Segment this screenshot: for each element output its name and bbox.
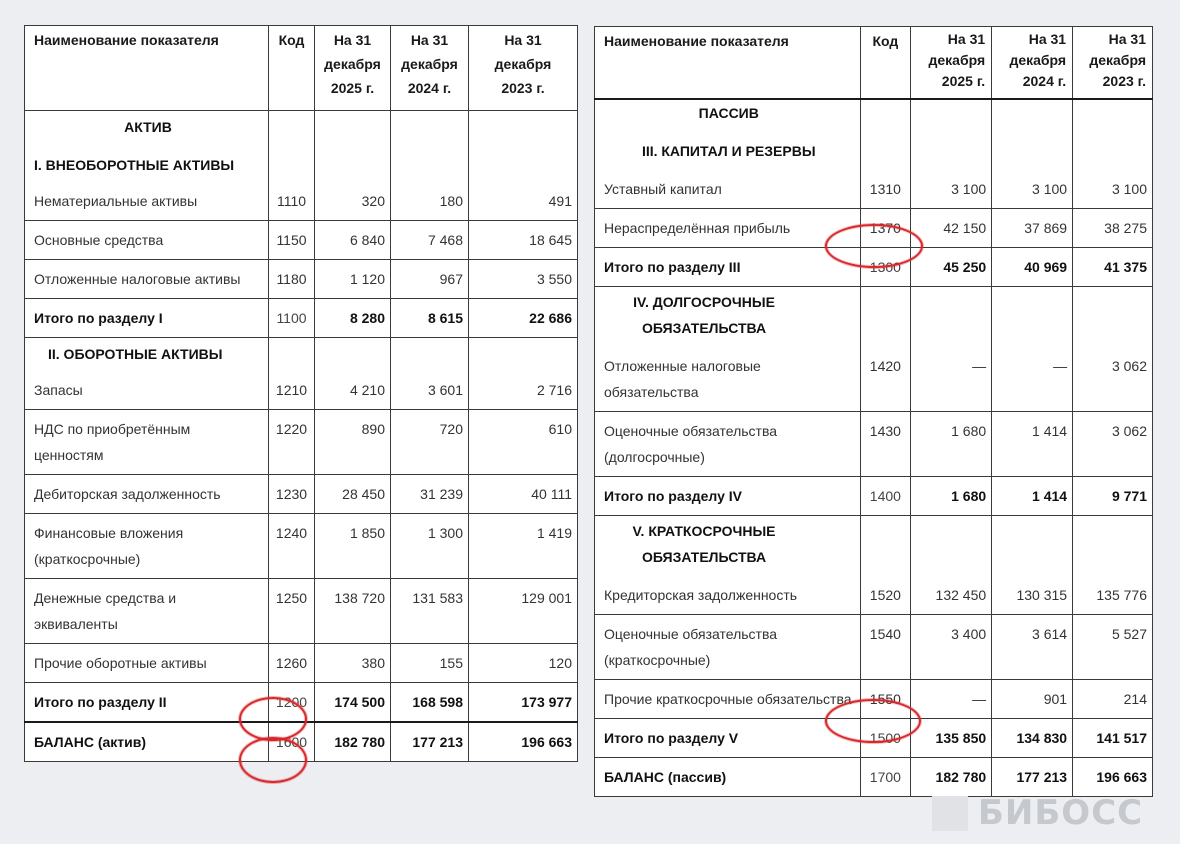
- row-name: Нематериальные активы: [34, 193, 197, 209]
- row-code: 1180: [269, 260, 314, 298]
- balance-row: БАЛАНС (актив) 1600 182 780 177 213 196 …: [25, 722, 578, 762]
- row-value-2023: 5 527: [1073, 615, 1152, 653]
- table-header-row: Наименование показателя Код На 31 декабр…: [595, 27, 1153, 100]
- row-value-2025: 182 780: [911, 758, 991, 796]
- row-value-2023: 196 663: [469, 723, 577, 761]
- row-name: Отложенные налоговые обязательства: [604, 358, 761, 400]
- row-code: 1240: [269, 514, 314, 552]
- header-2025: На 31 декабря 2025 г.: [911, 27, 992, 100]
- row-value-2023: 2 716: [469, 371, 577, 409]
- row-value-2025: 3 400: [911, 615, 991, 653]
- row-value-2024: 130 315: [992, 576, 1072, 614]
- row-name: БАЛАНС (актив): [25, 723, 268, 761]
- row-value-2024: 3 100: [992, 170, 1072, 208]
- row-code: 1210: [269, 371, 314, 409]
- section-total-row: Итого по разделу I 1100 8 280 8 615 22 6…: [25, 299, 578, 338]
- row-code: 1230: [269, 475, 314, 513]
- row-code: 1150: [269, 221, 314, 259]
- table-row: АКТИВ I. ВНЕОБОРОТНЫЕ АКТИВЫ Нематериаль…: [25, 111, 578, 221]
- row-value-2025: 1 680: [911, 477, 991, 515]
- table-row: Дебиторская задолженность 1230 28 450 31…: [25, 475, 578, 514]
- row-value-2023: 41 375: [1073, 248, 1152, 286]
- row-value-2024: 720: [391, 410, 468, 448]
- logo-square-icon: [932, 796, 968, 831]
- row-value-2023: 3 550: [469, 260, 577, 298]
- row-name: Отложенные налоговые активы: [25, 260, 268, 298]
- row-name: Итого по разделу II: [25, 683, 268, 721]
- row-name: Запасы: [34, 382, 83, 398]
- header-name: Наименование показателя: [25, 26, 269, 111]
- header-2023: На 31 декабря 2023 г.: [469, 26, 578, 111]
- row-value-2024: 1 300: [391, 514, 468, 552]
- table-row: II. ОБОРОТНЫЕ АКТИВЫ Запасы 1210 4 210 3…: [25, 338, 578, 410]
- row-value-2024: 177 213: [992, 758, 1072, 796]
- table-row: Прочие оборотные активы 1260 380 155 120: [25, 644, 578, 683]
- row-value-2023: 120: [469, 644, 577, 682]
- row-value-2025: 1 680: [911, 412, 991, 450]
- row-value-2023: 129 001: [469, 579, 577, 617]
- row-code: 1500: [861, 719, 911, 757]
- row-value-2025: 380: [315, 644, 390, 682]
- row-code: 1400: [861, 477, 911, 515]
- row-name: НДС по приобретённым ценностям: [25, 410, 268, 474]
- row-value-2025: 320: [315, 182, 390, 220]
- row-name: Финансовые вложения (краткосрочные): [25, 514, 268, 578]
- row-value-2024: 1 414: [992, 477, 1072, 515]
- row-value-2025: 132 450: [911, 576, 991, 614]
- row-value-2024: 134 830: [992, 719, 1072, 757]
- section-title: IV. ДОЛГОСРОЧНЫЕ ОБЯЗАТЕЛЬСТВА: [604, 289, 804, 341]
- row-code: 1540: [861, 615, 911, 653]
- row-name: Итого по разделу III: [595, 248, 860, 286]
- table-row: Основные средства 1150 6 840 7 468 18 64…: [25, 221, 578, 260]
- table-row: НДС по приобретённым ценностям 1220 890 …: [25, 410, 578, 475]
- row-value-2023: 214: [1073, 680, 1152, 718]
- row-value-2023: 40 111: [469, 475, 577, 513]
- logo-text: БИБОСС: [978, 793, 1143, 833]
- table-row: Финансовые вложения (краткосрочные) 1240…: [25, 514, 578, 579]
- row-name: Оценочные обязательства (долгосрочные): [595, 412, 860, 476]
- row-code: 1520: [861, 576, 911, 614]
- row-code: 1600: [269, 723, 314, 761]
- row-value-2025: 28 450: [315, 475, 390, 513]
- header-2024: На 31 декабря 2024 г.: [391, 26, 469, 111]
- row-value-2024: 901: [992, 680, 1072, 718]
- row-name: Итого по разделу V: [595, 719, 860, 757]
- row-value-2023: 3 100: [1073, 170, 1152, 208]
- section-total-row: Итого по разделу V 1500 135 850 134 830 …: [595, 719, 1153, 758]
- section-title: V. КРАТКОСРОЧНЫЕ ОБЯЗАТЕЛЬСТВА: [604, 518, 804, 570]
- row-code: 1200: [269, 683, 314, 721]
- row-value-2024: 3 614: [992, 615, 1072, 653]
- table-row: Оценочные обязательства (краткосрочные) …: [595, 615, 1153, 680]
- row-code: 1300: [861, 248, 911, 286]
- row-value-2024: 177 213: [391, 723, 468, 761]
- table-row: Нераспределённая прибыль 1370 42 150 37 …: [595, 209, 1153, 248]
- row-value-2023: 18 645: [469, 221, 577, 259]
- row-value-2023: 3 062: [1073, 347, 1152, 411]
- row-value-2025: 890: [315, 410, 390, 448]
- row-value-2024: 8 615: [391, 299, 468, 337]
- row-code: 1370: [861, 209, 911, 247]
- row-value-2025: 4 210: [315, 371, 390, 409]
- row-code: 1100: [269, 299, 314, 337]
- row-code: 1110: [269, 182, 314, 220]
- row-value-2025: 182 780: [315, 723, 390, 761]
- row-value-2025: 135 850: [911, 719, 991, 757]
- section-title: I. ВНЕОБОРОТНЫЕ АКТИВЫ: [34, 152, 262, 178]
- row-value-2025: —: [911, 347, 991, 411]
- table-header-row: Наименование показателя Код На 31 декабр…: [25, 26, 578, 111]
- row-code: 1550: [861, 680, 911, 718]
- row-value-2025: 42 150: [911, 209, 991, 247]
- row-name: БАЛАНС (пассив): [595, 758, 860, 796]
- liabilities-title: ПАССИВ: [604, 100, 854, 126]
- row-name: Дебиторская задолженность: [25, 475, 268, 513]
- row-value-2025: 138 720: [315, 579, 390, 617]
- section-total-row: Итого по разделу IV 1400 1 680 1 414 9 7…: [595, 477, 1153, 516]
- row-value-2025: —: [911, 680, 991, 718]
- row-name: Прочие краткосрочные обязательства: [595, 680, 860, 718]
- row-name: Уставный капитал: [604, 181, 722, 197]
- row-value-2025: 174 500: [315, 683, 390, 721]
- table-row: Отложенные налоговые активы 1180 1 120 9…: [25, 260, 578, 299]
- row-code: 1260: [269, 644, 314, 682]
- row-value-2023: 135 776: [1073, 576, 1152, 614]
- row-value-2024: 1 414: [992, 412, 1072, 450]
- row-value-2023: 173 977: [469, 683, 577, 721]
- row-value-2025: 45 250: [911, 248, 991, 286]
- row-code: 1250: [269, 579, 314, 617]
- row-name: Денежные средства и эквиваленты: [25, 579, 268, 643]
- table-row: IV. ДОЛГОСРОЧНЫЕ ОБЯЗАТЕЛЬСТВА Отложенны…: [595, 287, 1153, 412]
- header-2025: На 31 декабря 2025 г.: [315, 26, 391, 111]
- row-value-2023: 1 419: [469, 514, 577, 552]
- row-value-2024: 31 239: [391, 475, 468, 513]
- row-value-2023: 141 517: [1073, 719, 1152, 757]
- row-code: 1220: [269, 410, 314, 448]
- row-value-2024: 40 969: [992, 248, 1072, 286]
- row-value-2023: 196 663: [1073, 758, 1152, 796]
- header-code: Код: [860, 27, 911, 100]
- row-value-2024: 131 583: [391, 579, 468, 617]
- balance-row: БАЛАНС (пассив) 1700 182 780 177 213 196…: [595, 758, 1153, 797]
- liabilities-table: Наименование показателя Код На 31 декабр…: [594, 26, 1153, 797]
- row-value-2023: 9 771: [1073, 477, 1152, 515]
- assets-title: АКТИВ: [34, 114, 262, 140]
- row-value-2024: 180: [391, 182, 468, 220]
- header-2024: На 31 декабря 2024 г.: [992, 27, 1073, 100]
- table-row: Прочие краткосрочные обязательства 1550 …: [595, 680, 1153, 719]
- row-code: 1420: [861, 347, 911, 411]
- row-name: Нераспределённая прибыль: [595, 209, 860, 247]
- row-name: Оценочные обязательства (краткосрочные): [595, 615, 860, 679]
- section-total-row: Итого по разделу III 1300 45 250 40 969 …: [595, 248, 1153, 287]
- row-value-2023: 610: [469, 410, 577, 448]
- row-name: Основные средства: [25, 221, 268, 259]
- row-value-2023: 3 062: [1073, 412, 1152, 450]
- section-total-row: Итого по разделу II 1200 174 500 168 598…: [25, 683, 578, 723]
- row-value-2023: 38 275: [1073, 209, 1152, 247]
- row-code: 1430: [861, 412, 911, 450]
- row-name: Итого по разделу I: [25, 299, 268, 337]
- row-name: Итого по разделу IV: [595, 477, 860, 515]
- row-name: Кредиторская задолженность: [604, 587, 797, 603]
- row-value-2024: 155: [391, 644, 468, 682]
- row-value-2024: 7 468: [391, 221, 468, 259]
- row-value-2025: 6 840: [315, 221, 390, 259]
- assets-table: Наименование показателя Код На 31 декабр…: [24, 25, 578, 762]
- section-title: II. ОБОРОТНЫЕ АКТИВЫ: [34, 341, 262, 367]
- row-value-2024: —: [992, 347, 1072, 411]
- header-2023: На 31 декабря 2023 г.: [1073, 27, 1153, 100]
- table-row: Денежные средства и эквиваленты 1250 138…: [25, 579, 578, 644]
- table-row: V. КРАТКОСРОЧНЫЕ ОБЯЗАТЕЛЬСТВА Кредиторс…: [595, 516, 1153, 615]
- row-code: 1310: [861, 170, 911, 208]
- row-value-2025: 3 100: [911, 170, 991, 208]
- header-code: Код: [269, 26, 315, 111]
- row-value-2024: 967: [391, 260, 468, 298]
- row-value-2025: 1 850: [315, 514, 390, 552]
- row-value-2024: 37 869: [992, 209, 1072, 247]
- row-value-2025: 1 120: [315, 260, 390, 298]
- section-title: III. КАПИТАЛ И РЕЗЕРВЫ: [604, 138, 854, 164]
- row-name: Прочие оборотные активы: [25, 644, 268, 682]
- row-value-2024: 168 598: [391, 683, 468, 721]
- header-name: Наименование показателя: [595, 27, 861, 100]
- row-value-2024: 3 601: [391, 371, 468, 409]
- row-value-2023: 22 686: [469, 299, 577, 337]
- table-row: ПАССИВ III. КАПИТАЛ И РЕЗЕРВЫ Уставный к…: [595, 99, 1153, 209]
- row-code: 1700: [861, 758, 911, 796]
- brand-logo: БИБОСС: [932, 793, 1143, 833]
- row-value-2025: 8 280: [315, 299, 390, 337]
- table-row: Оценочные обязательства (долгосрочные) 1…: [595, 412, 1153, 477]
- row-value-2023: 491: [469, 182, 577, 220]
